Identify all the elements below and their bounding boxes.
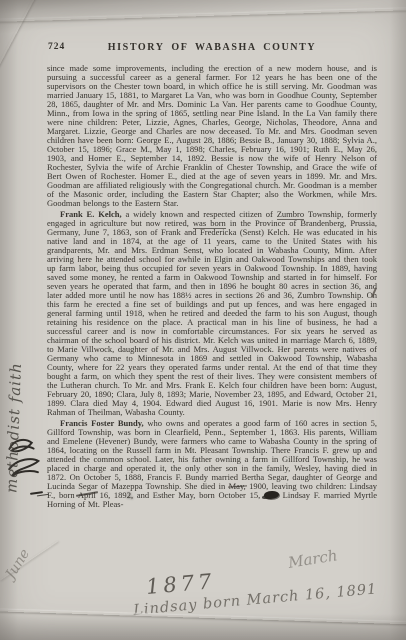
paragraph-francis-bundy: Francis Foster Bundy, who owns and opera… bbox=[47, 419, 377, 509]
text-segment: in the Province of Brandenberg, Prussia,… bbox=[47, 218, 377, 417]
paper-crease bbox=[0, 0, 36, 72]
page-header: 724 HISTORY OF WABASHA COUNTY bbox=[47, 42, 377, 55]
struck-word-may: May, bbox=[229, 481, 246, 491]
handwritten-year-1877: 1877 bbox=[145, 569, 216, 599]
scanned-book-page: 724 HISTORY OF WABASHA COUNTY since made… bbox=[0, 0, 406, 640]
handwritten-march-note: March bbox=[287, 546, 339, 572]
handwritten-margin-note-june: June bbox=[3, 546, 33, 582]
ink-scribble bbox=[3, 434, 45, 486]
paper-crease bbox=[0, 8, 406, 22]
page-title: HISTORY OF WABASHA COUNTY bbox=[47, 42, 377, 53]
page-content: 724 HISTORY OF WABASHA COUNTY since made… bbox=[47, 42, 377, 509]
ink-dash-mark bbox=[30, 491, 43, 495]
marked-word-april: April bbox=[78, 490, 96, 500]
paragraph-goodman-continuation: since made some improvements, including … bbox=[47, 64, 377, 208]
text-segment: and Esther May, born October 15, bbox=[133, 490, 264, 500]
paper-crease bbox=[0, 609, 406, 625]
paper-crease bbox=[0, 541, 58, 581]
ink-blot bbox=[264, 491, 279, 499]
paragraph-frank-kelch: Frank E. Kelch, a widely known and respe… bbox=[47, 210, 377, 417]
handwritten-lindsay-birthdate-note: Lindsay born March 16, 1891 bbox=[133, 581, 378, 618]
